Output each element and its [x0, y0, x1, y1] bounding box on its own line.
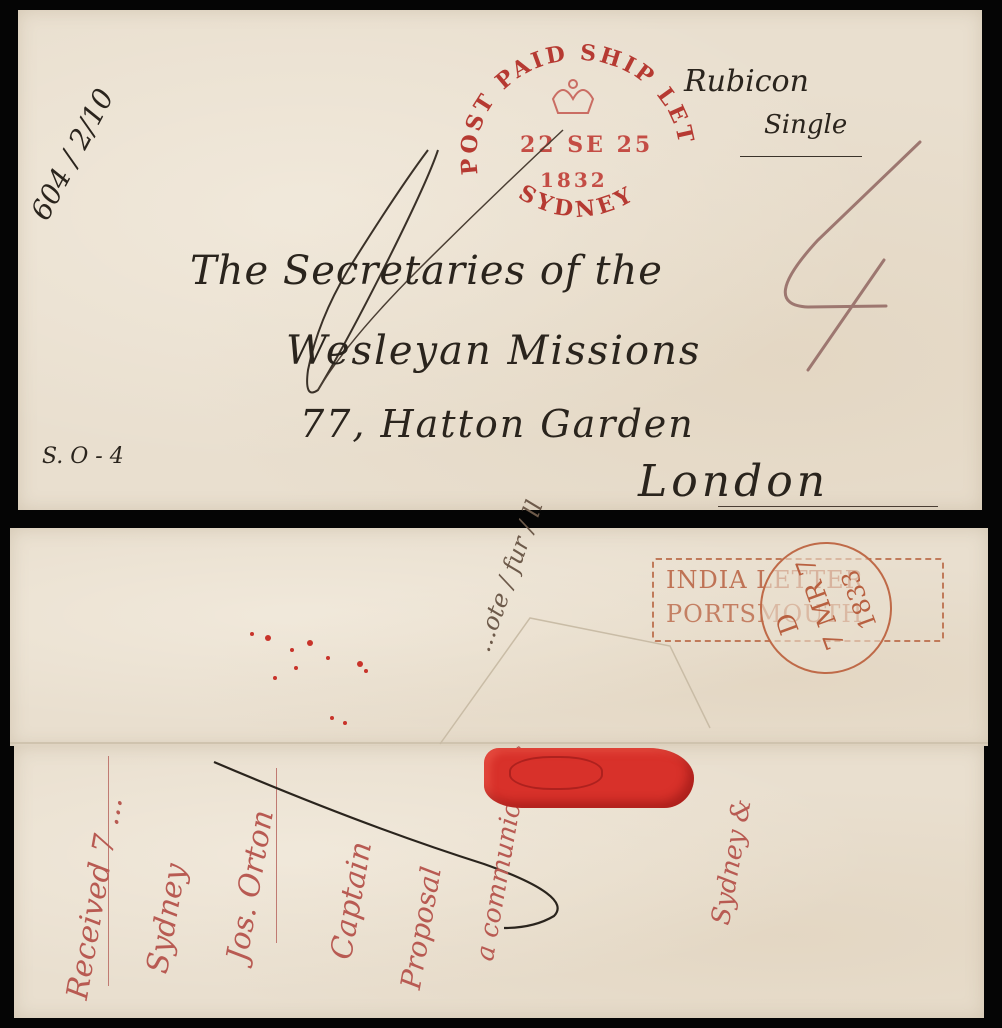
ship-name-annotation: Rubicon	[684, 64, 809, 99]
cover-back-docket: Received 7 ... Sydney Jos. Orton Captain…	[14, 746, 984, 1018]
endorsement-col-3: Jos. Orton	[220, 807, 281, 964]
rate-single-annotation: Single	[764, 110, 847, 140]
crown-icon	[553, 80, 593, 113]
ship-letter-postmark: POST PAID SHIP LETTER SYDNEY 22 SE 25 18…	[458, 44, 698, 234]
postmark-date: 22 SE 25	[520, 132, 653, 158]
cover-front: POST PAID SHIP LETTER SYDNEY 22 SE 25 18…	[18, 10, 982, 510]
address-line-4: London	[638, 456, 829, 507]
endorsement-col-2: Sydney	[140, 861, 194, 976]
single-underline	[740, 156, 862, 157]
datestamp-d: D	[770, 609, 805, 639]
endorsement-col-1: Received 7 ...	[60, 794, 130, 1002]
address-line-3: 77, Hatton Garden	[300, 402, 695, 446]
endorsement-col-4: Captain	[324, 839, 379, 962]
address-line-2: Wesleyan Missions	[286, 328, 701, 374]
circular-datestamp: D 7 MR 7 1833	[741, 523, 910, 692]
docket-bottom: S. O - 4	[42, 444, 124, 469]
pencil-notes: ...ote / fur / ll	[468, 497, 549, 656]
postmark-year: 1832	[540, 168, 608, 192]
address-line-1: The Secretaries of the	[190, 248, 663, 294]
docket-left: 604 / 2/10	[24, 83, 121, 225]
cover-back-flap: INDIA LETTER PORTSMOUTH D 7 MR 7 1833 ..…	[10, 528, 988, 746]
datestamp-date: 7 MR 7	[791, 553, 852, 653]
endorsement-col-7: Sydney &	[706, 797, 758, 928]
endorsement-col-5: Proposal	[394, 864, 448, 992]
red-wax-seal	[484, 748, 694, 808]
london-underline	[718, 506, 938, 507]
docket-rule-2	[276, 768, 277, 943]
